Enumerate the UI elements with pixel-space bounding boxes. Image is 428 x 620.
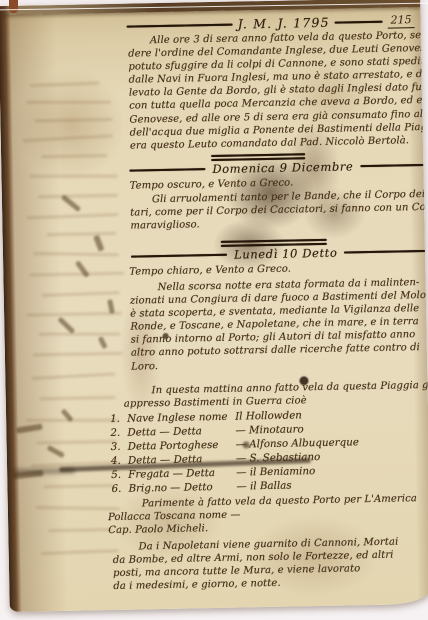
weather-line: Tempo chiaro, e Vento a Greco. [129,263,291,279]
page-title: J. M. J. 1795 [237,15,329,32]
ship-name: — Minotauro [235,422,304,437]
section-title: Lunedì 10 Detto [234,246,338,262]
ship-name: — il Beniamino [236,464,315,480]
manuscript-content: J. M. J. 1795 215 Alle ore 3 di sera ann… [0,0,428,612]
ship-number: 6. [111,482,128,496]
ship-number: 4. [111,454,128,468]
section-heading-lunedi: Lunedì 10 Detto [131,244,425,264]
section-heading-domenica: Domenica 9 Dicembre [129,158,423,178]
header-rule-right [335,20,383,23]
entry-polacca: Parimente à fatto vela da questo Porto p… [108,492,418,537]
entry-opening: Alle ore 3 di sera anno fatto vela da qu… [128,28,428,153]
ship-number: 3. [111,440,128,454]
entry-conspiracy: Nella scorsa notte era stata formata da … [130,276,428,373]
binding-tassel [9,0,18,13]
ship-number: 1. [110,412,127,426]
heading-rule-right [360,164,423,167]
ship-name: — Alfonso Albuquerque [236,435,359,451]
ship-list: 1. Nave Inglese nome Il Hollowden 2. Det… [110,407,360,496]
entry-garrison: Da i Napoletani viene guarnito di Cannon… [113,536,400,594]
ship-name: — il Ballas [236,479,291,494]
folio-number: 215 [387,13,414,29]
ship-name: Il Hollowden [235,408,302,423]
entry-domenica: Gli arruolamenti tanto per le Bande, che… [130,187,428,233]
section-title: Domenica 9 Dicembre [212,159,353,176]
heading-rule-right [344,250,425,254]
heading-rule-left [129,168,205,171]
manuscript-page: J. M. J. 1795 215 Alle ore 3 di sera ann… [0,0,428,612]
ship-number: 2. [110,426,127,440]
ship-type: Brig.no — Detto [128,480,236,496]
ship-number: 5. [111,468,128,482]
divider-rule [211,153,305,157]
entry-sailing-intro: In questa mattina anno fatto vela da que… [124,379,428,411]
header-rule-left [127,23,233,27]
photo-background: J. M. J. 1795 215 Alle ore 3 di sera ann… [0,0,428,620]
heading-rule-left [131,254,227,258]
